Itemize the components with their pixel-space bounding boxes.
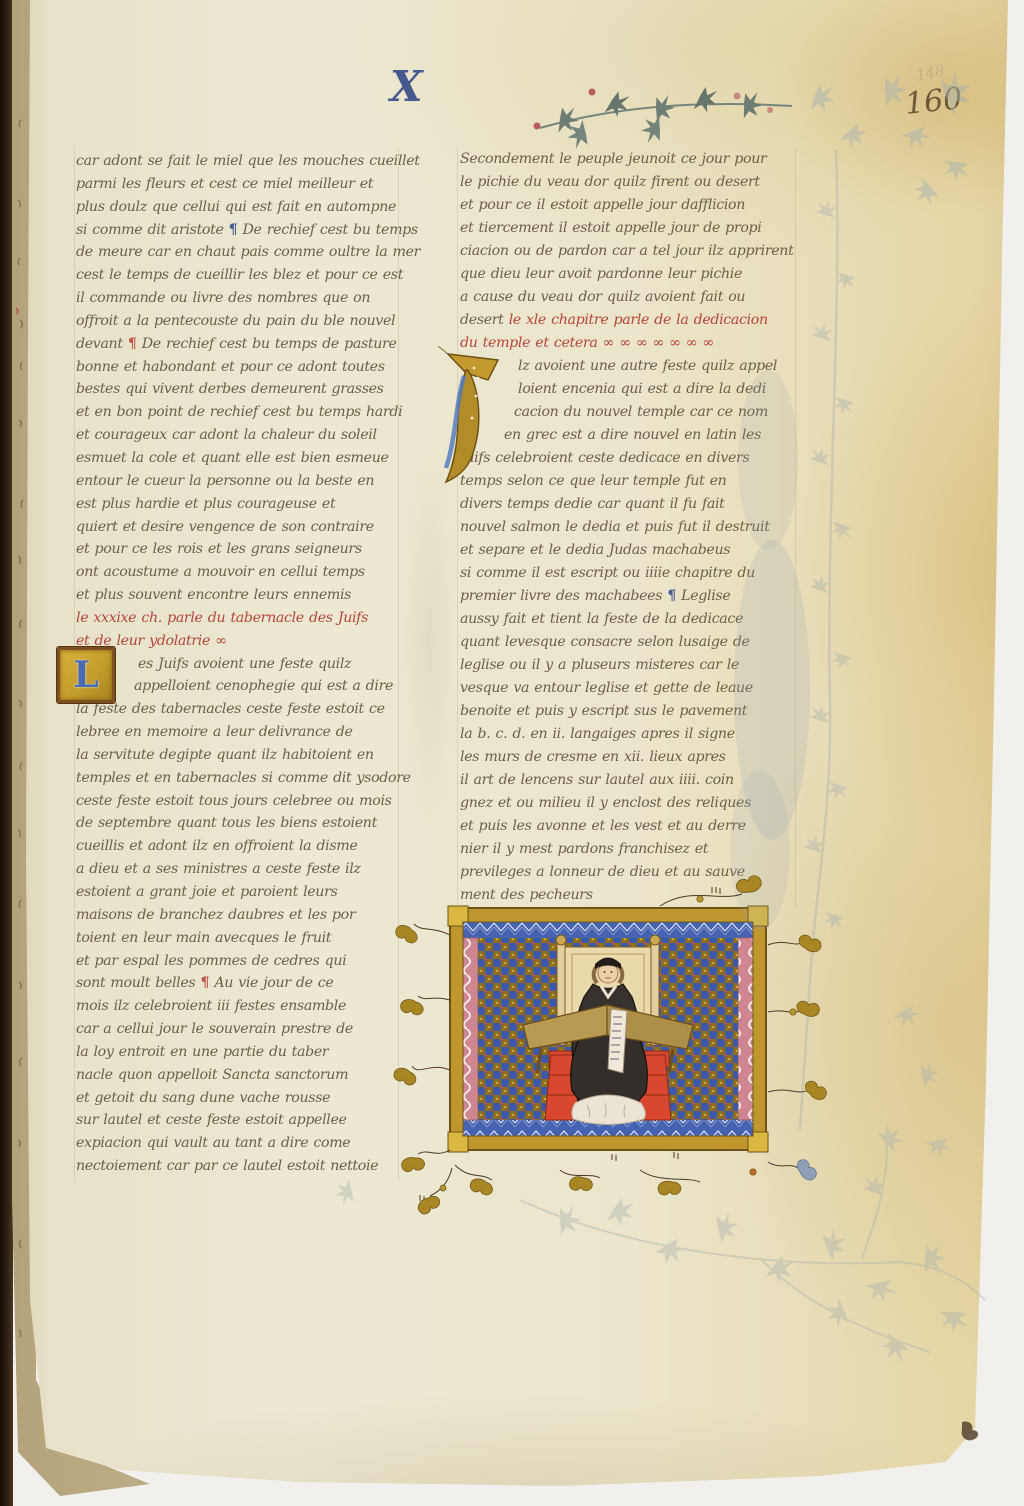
- book-spine-edge: [0, 0, 13, 1506]
- manuscript-text-line: quant levesque consacre selon lusaige de: [460, 631, 796, 654]
- manuscript-text-line: Secondement le peuple jeunoit ce jour po…: [460, 148, 796, 171]
- manuscript-text-line: et pour ce les rois et les grans seigneu…: [76, 538, 398, 561]
- manuscript-text-line: sur lautel et ceste feste estoit appelle…: [76, 1109, 398, 1132]
- manuscript-text-line: lz avoient une autre feste quilz appel: [460, 355, 796, 378]
- manuscript-text-line: gnez et ou milieu il y enclost des reliq…: [460, 792, 796, 815]
- manuscript-text-line: aussy fait et tient la feste de la dedic…: [460, 608, 796, 631]
- manuscript-text-line: nouvel salmon le dedia et puis fut il de…: [460, 516, 796, 539]
- manuscript-text-line: cest le temps de cueillir les blez et po…: [76, 264, 398, 287]
- manuscript-text-line: esmuet la cole et quant elle est bien es…: [76, 447, 398, 470]
- manuscript-text-line: la b. c. d. en ii. langaiges apres il si…: [460, 723, 796, 746]
- manuscript-text-line: et plus souvent encontre leurs ennemis: [76, 584, 398, 607]
- manuscript-text-line: il commande ou livre des nombres que on: [76, 287, 398, 310]
- manuscript-text-line: car adont se fait le miel que les mouche…: [76, 150, 398, 173]
- manuscript-text-line: toient en leur main avecques le fruit: [76, 927, 398, 950]
- manuscript-text-line: temps selon ce que leur temple fut en: [460, 470, 796, 493]
- manuscript-text-line: et getoit du sang dune vache rousse: [76, 1087, 398, 1110]
- manuscript-text-line: si comme dit aristote ¶ De rechief cest …: [76, 219, 398, 242]
- manuscript-text-line: offroit a la pentecouste du pain du ble …: [76, 310, 398, 333]
- ruling-line: [398, 148, 399, 1180]
- manuscript-text-line: de meure car en chaut pais comme oultre …: [76, 241, 398, 264]
- manuscript-text-line: mois ilz celebroient iii festes ensamble: [76, 995, 398, 1018]
- manuscript-text-line: lebree en memoire a leur delivrance de: [76, 721, 398, 744]
- manuscript-text-line: en grec est a dire nouvel en latin les: [460, 424, 796, 447]
- manuscript-text-line: divers temps dedie car quant il fu fait: [460, 493, 796, 516]
- manuscript-text-line: es Juifs avoient une feste quilz: [76, 653, 398, 676]
- miniature-illustration: [445, 903, 771, 1155]
- manuscript-text-line: estoient a grant joie et paroient leurs: [76, 881, 398, 904]
- manuscript-text-line: maisons de branchez daubres et les por: [76, 904, 398, 927]
- manuscript-text-line: le pichie du veau dor quilz firent ou de…: [460, 171, 796, 194]
- manuscript-text-line: nacle quon appelloit Sancta sanctorum: [76, 1064, 398, 1087]
- manuscript-text-line: plus doulz que cellui qui est fait en au…: [76, 196, 398, 219]
- manuscript-text-line: car a cellui jour le souverain prestre d…: [76, 1018, 398, 1041]
- manuscript-text-line: il art de lencens sur lautel aux iiii. c…: [460, 769, 796, 792]
- manuscript-text-line: cacion du nouvel temple car ce nom: [460, 401, 796, 424]
- manuscript-text-line: la loy entroit en une partie du taber: [76, 1041, 398, 1064]
- manuscript-text-line: leglise ou il y a pluseurs misteres car …: [460, 654, 796, 677]
- manuscript-text-line: premier livre des machabees ¶ Leglise: [460, 585, 796, 608]
- manuscript-text-line: et en bon point de rechief cest bu temps…: [76, 401, 398, 424]
- ruling-line: [457, 148, 458, 908]
- manuscript-text-line: expiacion qui vault au tant a dire come: [76, 1132, 398, 1155]
- manuscript-text-line: la servitute degipte quant ilz habitoien…: [76, 744, 398, 767]
- manuscript-text-line: et de leur ydolatrie ∞: [76, 630, 398, 653]
- manuscript-text-line: bestes qui vivent derbes demeurent grass…: [76, 378, 398, 401]
- manuscript-text-line: et tiercement il estoit appelle jour de …: [460, 217, 796, 240]
- manuscript-text-line: parmi les fleurs et cest ce miel meilleu…: [76, 173, 398, 196]
- manuscript-text-line: que dieu leur avoit pardonne leur pichie: [460, 263, 796, 286]
- manuscript-text-line: quiert et desire vengence de son contrai…: [76, 516, 398, 539]
- manuscript-text-line: et puis les avonne et les vest et au der…: [460, 815, 796, 838]
- manuscript-text-line: a cause du veau dor quilz avoient fait o…: [460, 286, 796, 309]
- manuscript-text-line: loient encenia qui est a dire la dedi: [460, 378, 796, 401]
- manuscript-text-line: temples et en tabernacles si comme dit y…: [76, 767, 398, 790]
- manuscript-text-line: benoite et puis y escript sus le pavemen…: [460, 700, 796, 723]
- manuscript-text-line: est plus hardie et plus courageuse et: [76, 493, 398, 516]
- manuscript-text-line: ont acoustume a mouvoir en cellui temps: [76, 561, 398, 584]
- manuscript-text-line: vesque va entour leglise et gette de lea…: [460, 677, 796, 700]
- manuscript-text-line: previleges a lonneur de dieu et au sauve: [460, 861, 796, 884]
- manuscript-text-line: si comme il est escript ou iiiie chapitr…: [460, 562, 796, 585]
- manuscript-text-line: et pour ce il estoit appelle jour daffli…: [460, 194, 796, 217]
- manuscript-text-line: la feste des tabernacles ceste feste est…: [76, 698, 398, 721]
- initial-letter: L: [73, 654, 98, 696]
- decorated-initial-I: I: [438, 346, 508, 486]
- folio-number-ink: 160: [903, 81, 964, 122]
- manuscript-text-line: sont moult belles ¶ Au vie jour de ce: [76, 972, 398, 995]
- manuscript-text-line: et par espal les pommes de cedres qui: [76, 950, 398, 973]
- manuscript-text-line: bonne et habondant et pour ce adont tout…: [76, 356, 398, 379]
- manuscript-text-line: nectoiement car par ce lautel estoit net…: [76, 1155, 398, 1178]
- manuscript-text-line: appelloient cenophegie qui est a dire: [76, 675, 398, 698]
- manuscript-text-line: Juifs celebroient ceste dedicace en dive…: [460, 447, 796, 470]
- decorated-initial-L: L: [57, 647, 115, 703]
- manuscript-text-line: devant ¶ De rechief cest bu temps de pas…: [76, 333, 398, 356]
- manuscript-text-line: nier il y mest pardons franchisez et: [460, 838, 796, 861]
- manuscript-text-line: de septembre quant tous les biens estoie…: [76, 812, 398, 835]
- manuscript-text-line: ceste feste estoit tous jours celebree o…: [76, 790, 398, 813]
- manuscript-text-line: et separe et le dedia Judas machabeus: [460, 539, 796, 562]
- manuscript-text-line: le xxxixe ch. parle du tabernacle des Ju…: [76, 607, 398, 630]
- quire-numeral: X: [390, 62, 423, 111]
- manuscript-text-line: cueillis et adont ilz en offroient la di…: [76, 835, 398, 858]
- text-column-right: Secondement le peuple jeunoit ce jour po…: [460, 148, 796, 907]
- manuscript-text-line: desert le xle chapitre parle de la dedic…: [460, 309, 796, 332]
- manuscript-text-line: et courageux car adont la chaleur du sol…: [76, 424, 398, 447]
- manuscript-text-line: du temple et cetera ∞ ∞ ∞ ∞ ∞ ∞ ∞: [460, 332, 796, 355]
- manuscript-text-line: les murs de cresme en xii. lieux apres: [460, 746, 796, 769]
- manuscript-text-line: a dieu et a ses ministres a ceste feste …: [76, 858, 398, 881]
- manuscript-text-line: ciacion ou de pardon car a tel jour ilz …: [460, 240, 796, 263]
- manuscript-text-line: entour le cueur la personne ou la beste …: [76, 470, 398, 493]
- text-column-left: car adont se fait le miel que les mouche…: [76, 150, 398, 1178]
